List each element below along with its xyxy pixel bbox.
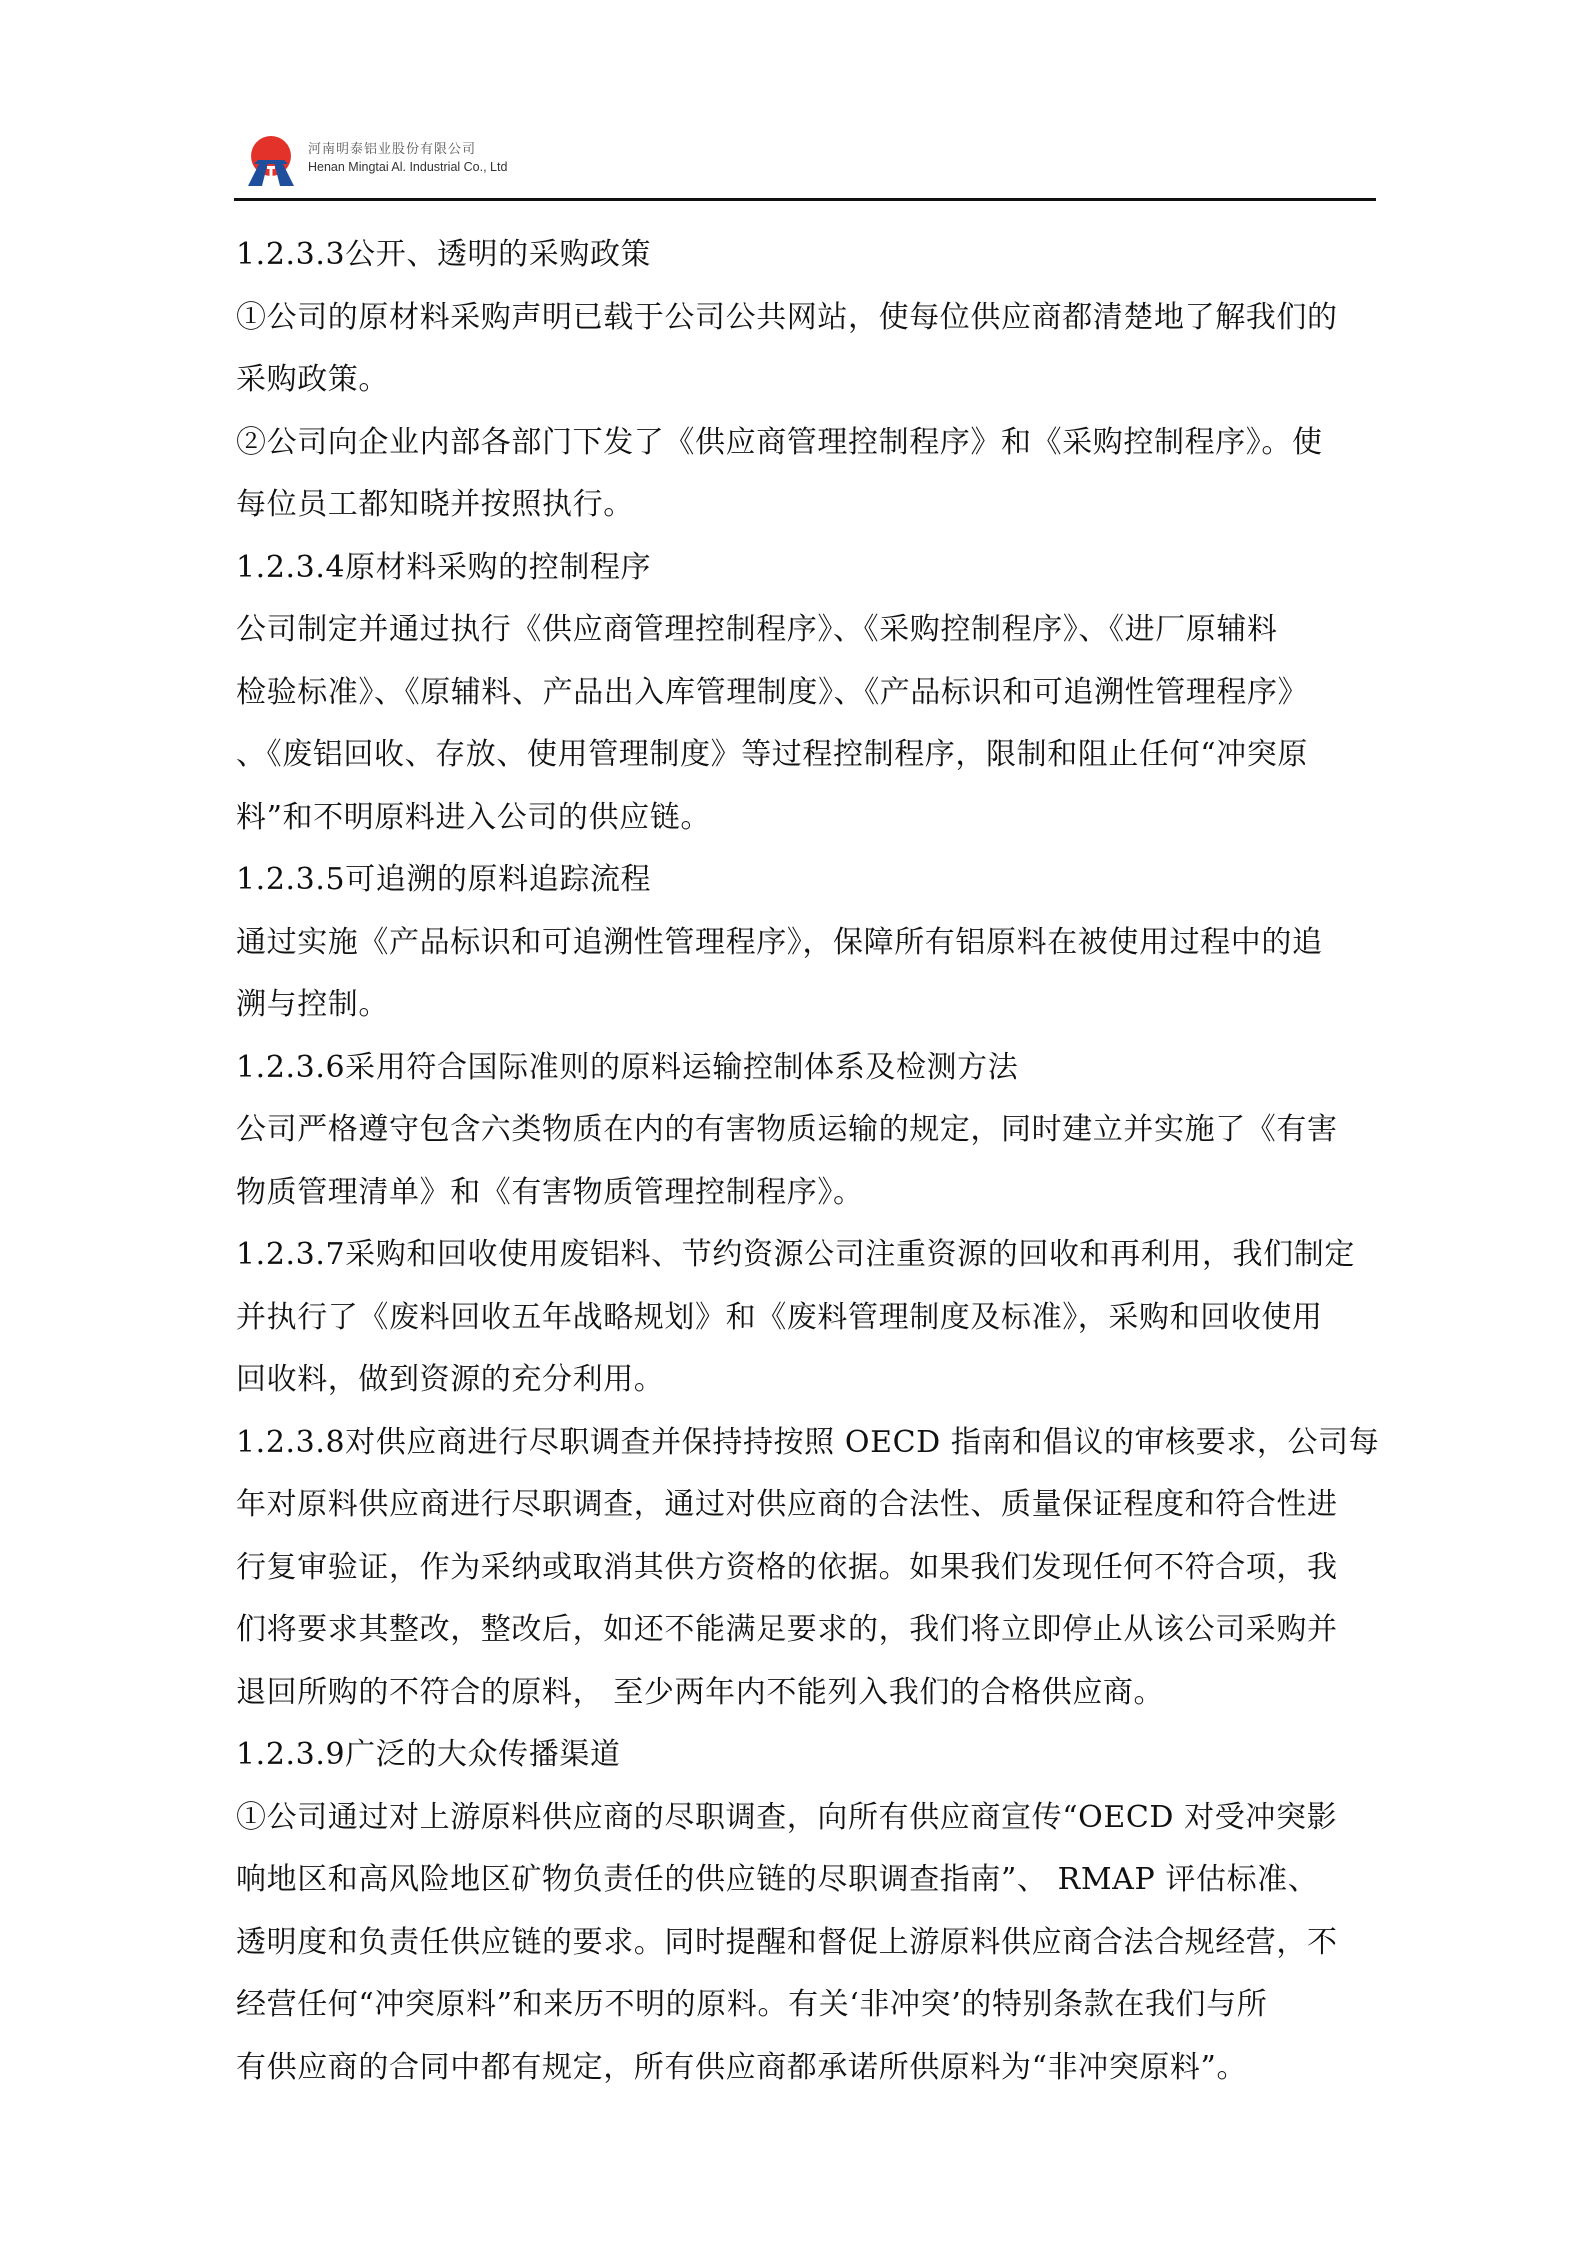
body-line: ②公司向企业内部各部门下发了《供应商管理控制程序》和《采购控制程序》。使 bbox=[236, 420, 1396, 483]
body-line: ①公司通过对上游原料供应商的尽职调查，向所有供应商宣传“OECD 对受冲突影 bbox=[236, 1795, 1396, 1858]
section-heading-1-2-3-8: 1.2.3.8对供应商进行尽职调查并保持持按照 OECD 指南和倡议的审核要求，… bbox=[236, 1420, 1396, 1483]
body-line: 公司严格遵守包含六类物质在内的有害物质运输的规定，同时建立并实施了《有害 bbox=[236, 1107, 1396, 1170]
body-line: 公司制定并通过执行《供应商管理控制程序》、《采购控制程序》、《进厂原辅料 bbox=[236, 607, 1396, 670]
body-line: ①公司的原材料采购声明已载于公司公共网站，使每位供应商都清楚地了解我们的 bbox=[236, 295, 1396, 358]
body-line: 经营任何“冲突原料”和来历不明的原料。有关‘非冲突’的特别条款在我们与所 bbox=[236, 1982, 1396, 2045]
section-heading-1-2-3-6: 1.2.3.6采用符合国际准则的原料运输控制体系及检测方法 bbox=[236, 1045, 1396, 1108]
body-line: 们将要求其整改，整改后，如还不能满足要求的，我们将立即停止从该公司采购并 bbox=[236, 1607, 1396, 1670]
body-line: 有供应商的合同中都有规定，所有供应商都承诺所供原料为“非冲突原料”。 bbox=[236, 2045, 1396, 2108]
document-body: 1.2.3.3公开、透明的采购政策 ①公司的原材料采购声明已载于公司公共网站，使… bbox=[236, 232, 1396, 2107]
body-line: 年对原料供应商进行尽职调查，通过对供应商的合法性、质量保证程度和符合性进 bbox=[236, 1482, 1396, 1545]
body-line: 溯与控制。 bbox=[236, 982, 1396, 1045]
body-line: 行复审验证，作为采纳或取消其供方资格的依据。如果我们发现任何不符合项，我 bbox=[236, 1545, 1396, 1608]
section-heading-1-2-3-9: 1.2.3.9广泛的大众传播渠道 bbox=[236, 1732, 1396, 1795]
company-name-cn: 河南明泰铝业股份有限公司 bbox=[308, 138, 476, 157]
body-line: 响地区和高风险地区矿物负责任的供应链的尽职调查指南”、 RMAP 评估标准、 bbox=[236, 1857, 1396, 1920]
section-heading-1-2-3-7: 1.2.3.7采购和回收使用废铝料、节约资源公司注重资源的回收和再利用，我们制定 bbox=[236, 1232, 1396, 1295]
section-heading-1-2-3-3: 1.2.3.3公开、透明的采购政策 bbox=[236, 232, 1396, 295]
body-line: 退回所购的不符合的原料， 至少两年内不能列入我们的合格供应商。 bbox=[236, 1670, 1396, 1733]
section-heading-1-2-3-5: 1.2.3.5可追溯的原料追踪流程 bbox=[236, 857, 1396, 920]
body-line: 并执行了《废料回收五年战略规划》和《废料管理制度及标准》，采购和回收使用 bbox=[236, 1295, 1396, 1358]
body-line: 每位员工都知晓并按照执行。 bbox=[236, 482, 1396, 545]
page-header: 河南明泰铝业股份有限公司 Henan Mingtai Al. Industria… bbox=[236, 128, 1376, 200]
body-line: 料”和不明原料进入公司的供应链。 bbox=[236, 795, 1396, 858]
body-line: 透明度和负责任供应链的要求。同时提醒和督促上游原料供应商合法合规经营，不 bbox=[236, 1920, 1396, 1983]
body-line: 物质管理清单》和《有害物质管理控制程序》。 bbox=[236, 1170, 1396, 1233]
body-line: 回收料，做到资源的充分利用。 bbox=[236, 1357, 1396, 1420]
body-line: 通过实施《产品标识和可追溯性管理程序》，保障所有铝原料在被使用过程中的追 bbox=[236, 920, 1396, 983]
header-divider bbox=[234, 198, 1376, 201]
company-name-en: Henan Mingtai Al. Industrial Co., Ltd bbox=[308, 160, 507, 174]
body-line: 采购政策。 bbox=[236, 357, 1396, 420]
body-line: 检验标准》、《原辅料、产品出入库管理制度》、《产品标识和可追溯性管理程序》 bbox=[236, 670, 1396, 733]
body-line: 、《废铝回收、存放、使用管理制度》等过程控制程序，限制和阻止任何“冲突原 bbox=[236, 732, 1396, 795]
logo-mark-icon bbox=[248, 158, 294, 186]
company-logo bbox=[248, 136, 294, 186]
section-heading-1-2-3-4: 1.2.3.4原材料采购的控制程序 bbox=[236, 545, 1396, 608]
